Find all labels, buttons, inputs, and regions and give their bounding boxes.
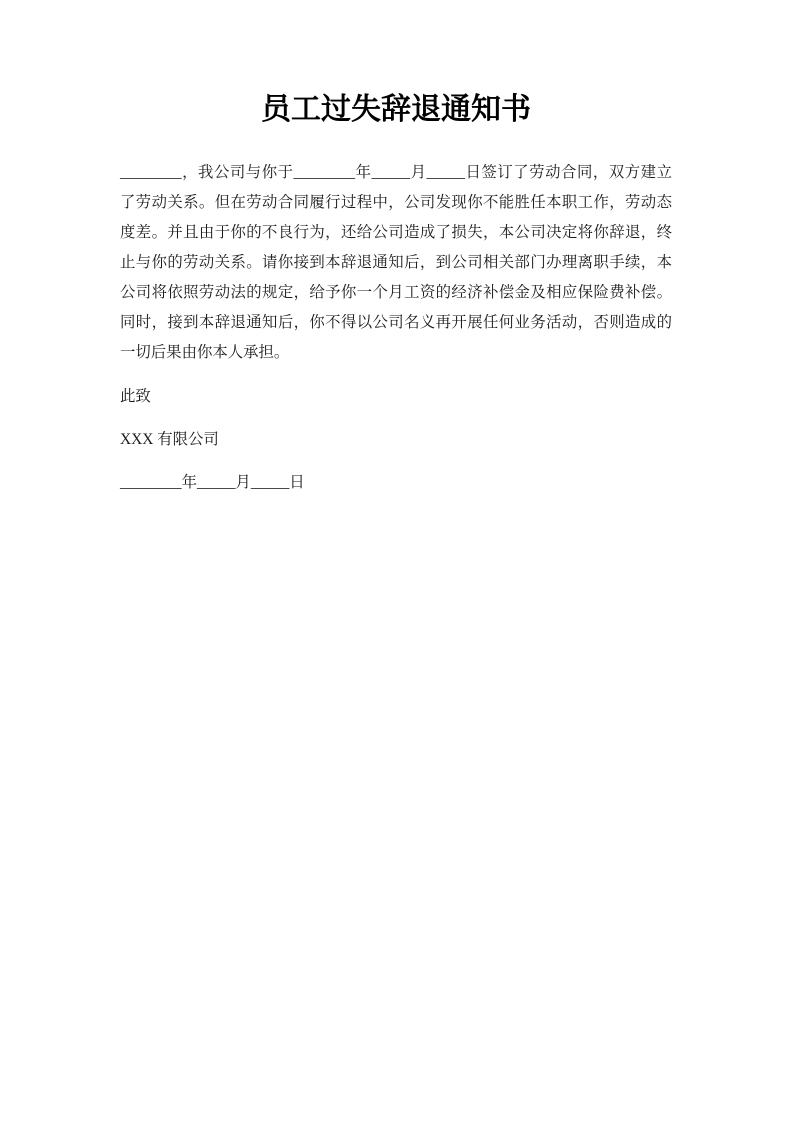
body-paragraph: ________，我公司与你于________年_____月_____日签订了劳… <box>120 158 672 368</box>
document-page: 员工过失辞退通知书 ________，我公司与你于________年_____月… <box>0 0 793 1122</box>
closing-salutation: 此致 <box>120 382 672 412</box>
company-signature: XXX 有限公司 <box>120 425 672 455</box>
date-blank-line: ________年_____月_____日 <box>120 468 672 498</box>
document-title: 员工过失辞退通知书 <box>120 88 672 132</box>
